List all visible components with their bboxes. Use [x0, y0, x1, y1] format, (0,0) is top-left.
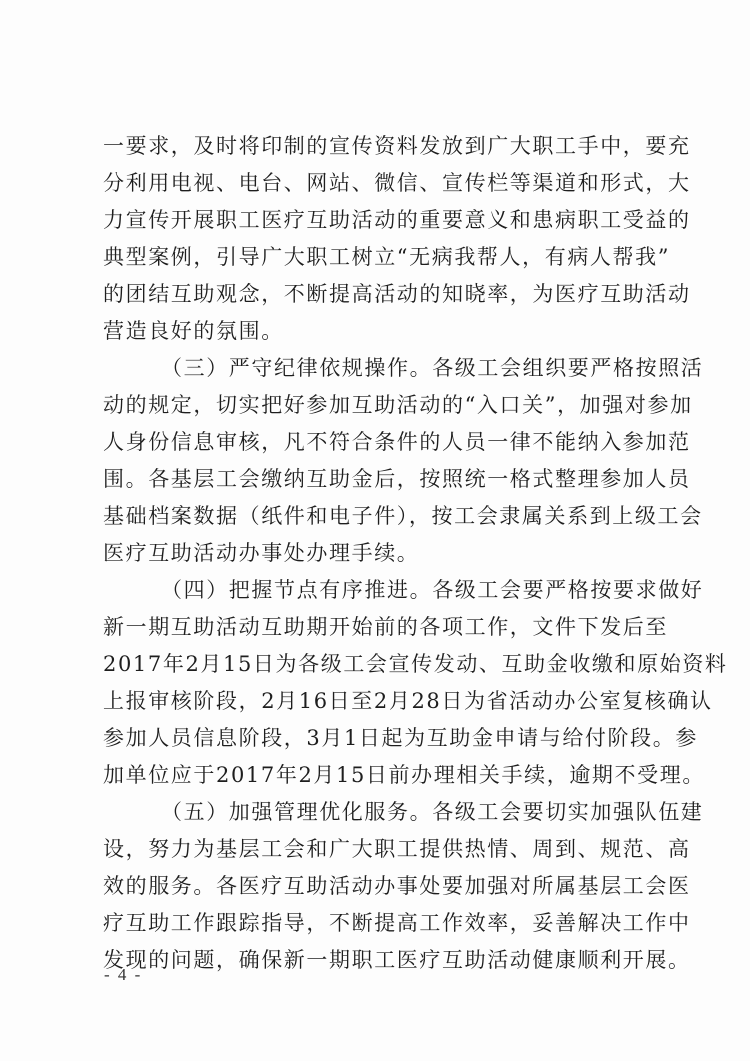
text-line: 动的规定，切实把好参加互助活动的“入口关”，加强对参加 — [103, 387, 659, 424]
document-page: 一要求，及时将印制的宣传资料发放到广大职工手中，要充 分利用电视、电台、网站、微… — [0, 0, 750, 1061]
text-line: 加单位应于2017年2月15日前办理相关手续，逾期不受理。 — [103, 757, 659, 794]
text-line: 发现的问题，确保新一期职工医疗互助活动健康顺利开展。 — [103, 942, 659, 979]
section-heading-line: （五）加强管理优化服务。各级工会要切实加强队伍建 — [103, 794, 659, 831]
text-line: 分利用电视、电台、网站、微信、宣传栏等渠道和形式，大 — [103, 165, 659, 202]
text-line: 新一期互助活动互助期开始前的各项工作，文件下发后至 — [103, 609, 659, 646]
text-line: 医疗互助活动办事处办理手续。 — [103, 535, 659, 572]
body-text: 一要求，及时将印制的宣传资料发放到广大职工手中，要充 分利用电视、电台、网站、微… — [103, 128, 659, 979]
page-number: - 4 - — [104, 965, 142, 985]
text-line: 营造良好的氛围。 — [103, 313, 659, 350]
text-line: 人身份信息审核，凡不符合条件的人员一律不能纳入参加范 — [103, 424, 659, 461]
section-heading-line: （三）严守纪律依规操作。各级工会组织要严格按照活 — [103, 350, 659, 387]
section-heading-line: （四）把握节点有序推进。各级工会要严格按要求做好 — [103, 572, 659, 609]
text-line: 设，努力为基层工会和广大职工提供热情、周到、规范、高 — [103, 831, 659, 868]
paragraph-section-4: （四）把握节点有序推进。各级工会要严格按要求做好 新一期互助活动互助期开始前的各… — [103, 572, 659, 794]
paragraph-section-3: （三）严守纪律依规操作。各级工会组织要严格按照活 动的规定，切实把好参加互助活动… — [103, 350, 659, 572]
text-line: 力宣传开展职工医疗互助活动的重要意义和患病职工受益的 — [103, 202, 659, 239]
text-line: 参加人员信息阶段，3月1日起为互助金申请与给付阶段。参 — [103, 720, 659, 757]
text-line: 效的服务。各医疗互助活动办事处要加强对所属基层工会医 — [103, 868, 659, 905]
text-line: 一要求，及时将印制的宣传资料发放到广大职工手中，要充 — [103, 128, 659, 165]
text-line: 围。各基层工会缴纳互助金后，按照统一格式整理参加人员 — [103, 461, 659, 498]
text-line: 2017年2月15日为各级工会宣传发动、互助金收缴和原始资料 — [103, 646, 659, 683]
text-line: 典型案例，引导广大职工树立“无病我帮人，有病人帮我” — [103, 239, 659, 276]
text-line: 基础档案数据（纸件和电子件），按工会隶属关系到上级工会 — [103, 498, 659, 535]
text-line: 上报审核阶段，2月16日至2月28日为省活动办公室复核确认 — [103, 683, 659, 720]
paragraph-publicity: 一要求，及时将印制的宣传资料发放到广大职工手中，要充 分利用电视、电台、网站、微… — [103, 128, 659, 350]
text-line: 疗互助工作跟踪指导，不断提高工作效率，妥善解决工作中 — [103, 905, 659, 942]
paragraph-section-5: （五）加强管理优化服务。各级工会要切实加强队伍建 设，努力为基层工会和广大职工提… — [103, 794, 659, 979]
text-line: 的团结互助观念，不断提高活动的知晓率，为医疗互助活动 — [103, 276, 659, 313]
